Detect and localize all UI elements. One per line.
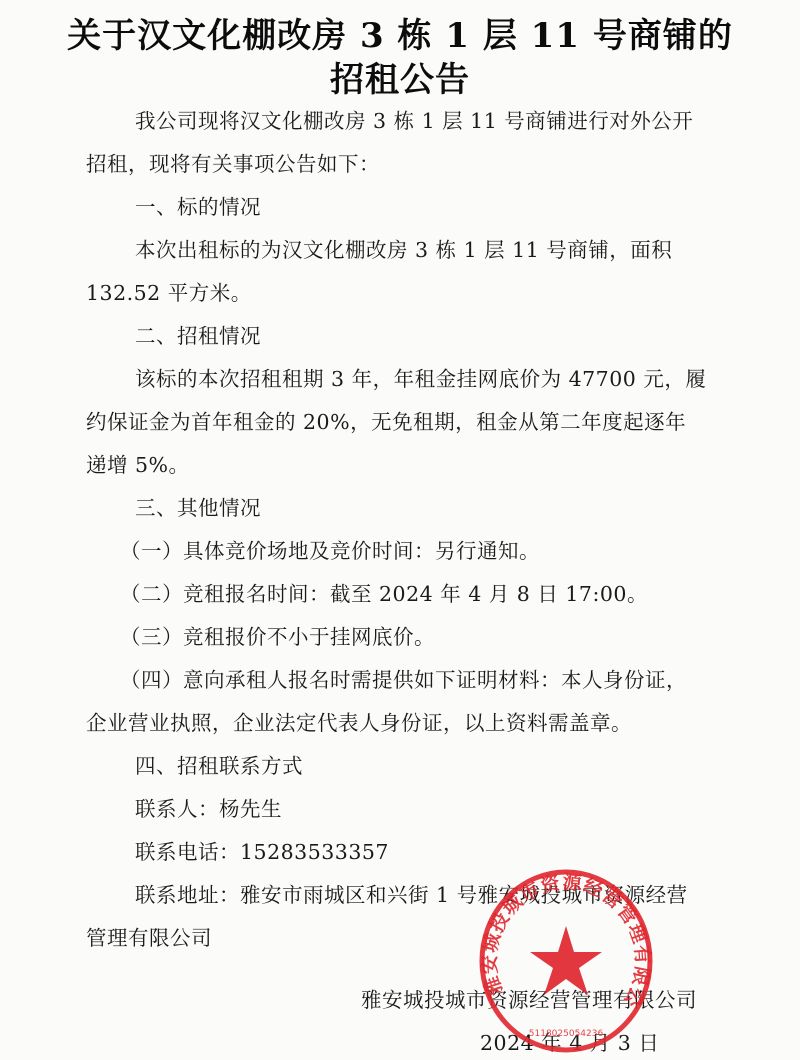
contact-phone: 联系电话：15283533357 <box>135 835 389 865</box>
section3-heading: 三、其他情况 <box>135 491 261 521</box>
contact-person: 联系人：杨先生 <box>135 792 282 822</box>
section3-item-4-line-1: （四）意向承租人报名时需提供如下证明材料：本人身份证， <box>120 663 687 693</box>
title-line-2: 招租公告 <box>0 52 800 101</box>
section3-item-3: （三）竞租报价不小于挂网底价。 <box>120 620 435 650</box>
section2-heading: 二、招租情况 <box>135 319 261 349</box>
section1-line-2: 132.52 平方米。 <box>86 276 252 306</box>
section2-line-2: 约保证金为首年租金的 20%，无免租期，租金从第二年度起逐年 <box>86 405 686 435</box>
title-line-1: 关于汉文化棚改房 3 栋 1 层 11 号商铺的 <box>0 8 800 57</box>
company-seal-icon: 雅安城投城市资源经营管理有限公司 5118025054236 <box>478 868 654 1054</box>
section1-line-1: 本次出租标的为汉文化棚改房 3 栋 1 层 11 号商铺，面积 <box>135 233 672 263</box>
section1-heading: 一、标的情况 <box>135 190 261 220</box>
section3-item-2: （二）竞租报名时间：截至 2024 年 4 月 8 日 17:00。 <box>120 577 648 607</box>
section3-item-4-line-2: 企业营业执照，企业法定代表人身份证，以上资料需盖章。 <box>86 706 632 736</box>
section4-heading: 四、招租联系方式 <box>135 749 303 779</box>
section3-item-1: （一）具体竞价场地及竞价时间：另行通知。 <box>120 534 540 564</box>
intro-line-1: 我公司现将汉文化棚改房 3 栋 1 层 11 号商铺进行对外公开 <box>135 104 693 134</box>
contact-address-line-2: 管理有限公司 <box>86 921 212 951</box>
section2-line-1: 该标的本次招租租期 3 年，年租金挂网底价为 47700 元，履 <box>135 362 706 392</box>
intro-line-2: 招租，现将有关事项公告如下： <box>86 147 380 177</box>
svg-text:5118025054236: 5118025054236 <box>529 1029 604 1039</box>
section2-line-3: 递增 5%。 <box>86 448 190 478</box>
